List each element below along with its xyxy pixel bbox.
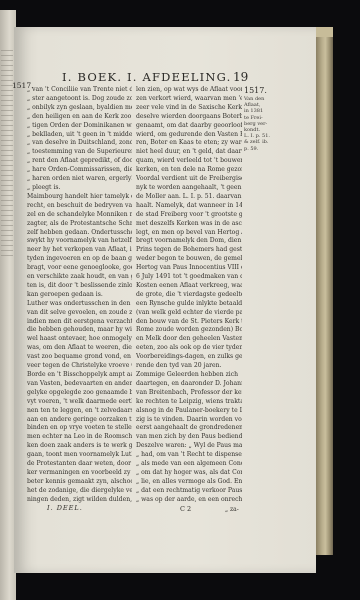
text-line: „ was op der aarde, en een onrechtma- [136, 496, 242, 505]
text-line: „ onbilyk zyn geslaan, byaldien men [27, 104, 132, 113]
text-line: die hebben gehouden, maar hy wierd [27, 326, 132, 335]
text-line: van Vasten, bedevaarten en andere dier- [27, 380, 132, 389]
text-line: swykt hy voornamelyk van hetzelf, wan- [27, 237, 132, 246]
margin-year-right: 1517. [244, 86, 267, 95]
text-line: „ beklladen, uit 't geen in 't midden [27, 131, 132, 140]
margin-note-line: p. 59. [244, 146, 272, 152]
text-column-left: „ van 't Conciliie van Trente niet dai-„… [27, 86, 132, 505]
text-line: Zommige Geleerden hebben zich [136, 371, 242, 380]
text-line: weder begon te bouwen, de gemelde [136, 255, 242, 264]
text-line: van men zich by den Paus bediende. [136, 433, 242, 442]
text-line: (van welk geld echter de vierde part tot [136, 309, 242, 318]
text-line: len zien, op wat wys de Aflaat voor de- [136, 86, 242, 95]
page-block-fore-edge [316, 27, 333, 555]
text-line: en Melk door den geheelen Vasten dorst [136, 335, 242, 344]
text-line: bragt, voor eene genoeglooke, goede, [27, 264, 132, 273]
text-line: binden en op vrye voeten te stellen. Dat [27, 424, 132, 433]
text-line: „ tigen Orden der Dominikanen wilde [27, 122, 132, 131]
text-line: Maimbourg handelt hier tamelyk op- [27, 193, 132, 202]
text-line: ten is, dit door 't beslissende zinloos [27, 282, 132, 291]
text-line: neer hy het verkopen van Aflaat, in late… [27, 246, 132, 255]
text-line: „ hare Orden-Commissarissen, die van [27, 166, 132, 175]
text-line: de stad Freiberg voor 't grootste gedeel… [136, 211, 242, 220]
text-line: „ haren orden niet waren, ergerlyk ge- [27, 175, 132, 184]
text-line: Rome zoude worden gezonden) Boter [136, 326, 242, 335]
text-line: Voorbereidings-dagen, en zulks gedu- [136, 353, 242, 362]
text-line: „ pleegt is. [27, 184, 132, 193]
page-block-corner [316, 27, 333, 37]
text-line: van Breitenbach, Professor der kerkely- [136, 389, 242, 398]
text-line: een Rynsche gulde inlykte betaalde, [136, 300, 242, 309]
text-line: recht, en beschuit de bedryven van Tet- [27, 202, 132, 211]
text-line: ren, Boter en Kaas te eten; zy waren [136, 139, 242, 148]
text-line: het de zodanige, die diergelyke vermaa- [27, 487, 132, 496]
text-line: veer tegen de Christelyke vroeve Gods, [27, 362, 132, 371]
text-line: genaamt, om dat daarby geoorloofd [136, 122, 242, 131]
text-line: ken doen zaak anders is te werk ge- [27, 442, 132, 451]
running-title: I. BOEK. I. AFDEELING. [62, 70, 231, 84]
text-line: met deszelfs Kerken was in de asche ge- [136, 220, 242, 229]
text-line: daartegen, en daaronder D. Johannes [136, 380, 242, 389]
text-line: „ rent den Aflaat gepredikt, of door [27, 157, 132, 166]
text-line: was, om den Aflaat te weeren, die [27, 344, 132, 353]
text-line: „ lie, en alles vermoge als God. En [136, 478, 242, 487]
text-line: eeten, zoo als ook op de vier tyden en [136, 344, 242, 353]
margin-note-line: & zelf. ib. [244, 139, 272, 145]
text-line: rende den tyd van 20 jaren. [136, 362, 242, 371]
text-line: ker vermaningen en voorbeeld zy zelve [27, 469, 132, 478]
text-line: zagter, als de Protestantsche Schryvers [27, 220, 132, 229]
text-line: eerst aangehaalt de grondredenen, waar- [136, 424, 242, 433]
text-line: „ den heiligen en aan de Kerk zoo nut- [27, 113, 132, 122]
text-line: Deszelve waren: „ Wyl de Paus macht [136, 442, 242, 451]
text-line: „ om dat hy hoger was, als dat Conci- [136, 469, 242, 478]
text-column-right: len zien, op wat wys de Aflaat voor de-z… [136, 86, 242, 505]
text-line: zeer vele vind in de Saxische Kerkhistor… [136, 104, 242, 113]
text-line: den bouw van de St. Pieters Kerk to [136, 318, 242, 327]
text-line: kerken, en ten dele na Rome gezonden. [136, 166, 242, 175]
text-line: de Moller aan. L. I. p. 51. daarvan ver- [136, 193, 242, 202]
text-line: gelyke opgelegde zoo genaamde boete, [27, 389, 132, 398]
text-line: beter kennis gemaakt zyn, alschoon [27, 478, 132, 487]
text-line: men echter na Leo in de Roomsche Ker- [27, 433, 132, 442]
text-line: vast zoo bequame grond vond, en hoe [27, 353, 132, 362]
text-line: van dit selve gevoelen, en zoude zich, [27, 309, 132, 318]
text-line: Hertog van Paus Innocentius VIII den [136, 264, 242, 273]
text-line: „ toestemming van de Superieuren, ove- [27, 148, 132, 157]
text-line: wierd, om gedurende den Vasten Eye- [136, 131, 242, 140]
margin-note: Van denAflaat,in 1381te Frei-berg ver-ko… [244, 96, 272, 152]
text-line: zig is te vinden. Daarin worden voor- [136, 416, 242, 425]
text-line: tyden ingevoeren en op de baan ge- [27, 255, 132, 264]
text-line: alsnog in de Paulaner-boekery te Leip- [136, 407, 242, 416]
text-line: de grote, die 't vierdagste gedeelte van [136, 291, 242, 300]
text-line: ke rechten te Leipzig, wiens traktaat [136, 398, 242, 407]
text-line: „ van 't Conciliie van Trente niet dai- [27, 86, 132, 95]
text-line: 6 July 1491 tot 't goedmaken van de [136, 273, 242, 282]
text-line: nen ten te leggen, en 't zelvedaarsvoor [27, 407, 132, 416]
text-line: gaan, toont men voornamelyk Luther en [27, 451, 132, 460]
text-line: haalt. Namelyk, dat wanneer in 1484 [136, 202, 242, 211]
text-line: legt, en men op bevel van Hertog Al- [136, 229, 242, 238]
text-line: wel haast ontevaer, hoe onmogelyk het [27, 335, 132, 344]
text-line: deselve wierden doorgaans Boterbrieven [136, 113, 242, 122]
text-line: „ ster aangetoont is. Dog zoude zoo [27, 95, 132, 104]
text-line: indien men dit eerstgena verzacht had, [27, 318, 132, 327]
text-line: Borde en 't Bisschoppelyk ampt aanloopt, [27, 371, 132, 380]
text-line: niet heel duur, en 't geld, dat daarvan [136, 148, 242, 157]
page-number: 19 [233, 70, 248, 84]
signature-line: I. DEEL. [47, 504, 83, 512]
text-line: zelf hebben gedaan. Ondertusschen [27, 229, 132, 238]
catchword: „ za- [225, 506, 239, 513]
text-line: zel en de schandelyke Monniken niet veel [27, 211, 132, 220]
text-line: en verschikte zaak houdt, en van gelach- [27, 273, 132, 282]
text-line: zen verkort wierd, waarvan men 'er [136, 95, 242, 104]
text-line: „ van deselve in Duitschland, zonder [27, 139, 132, 148]
text-line: Luther was ondertusschen in den beginne [27, 300, 132, 309]
text-line: „ als mede van een algemeen Concilie; [136, 460, 242, 469]
text-line: nyk te worden aangehaalt, 't geen And. [136, 184, 242, 193]
text-line: bregt voornamelyk den Dom, dien deze [136, 237, 242, 246]
text-line: „ had, om van 't Recht te dispenseren, [136, 451, 242, 460]
text-line: Prins tegen de Bohemers had gesticht, [136, 246, 242, 255]
gathering-signature: C 2 [180, 505, 191, 513]
text-line: vyt voeren, 't welk daarmede eertl ban- [27, 398, 132, 407]
text-line: aan en andere geringe oorzaken t' ont- [27, 416, 132, 425]
text-line: kan geroepen gedaan is. [27, 291, 132, 300]
text-line: „ dat een rechtmatig verkoor Paus God [136, 487, 242, 496]
text-line: quam, wierd verleeld tot 't bouwen van [136, 157, 242, 166]
text-line: de Protestanten daar weten, door wel- [27, 460, 132, 469]
text-line: Kosten eenen Aflaat verkreeg, waarby [136, 282, 242, 291]
text-line: Voordal verdient uit de Freibergische Kr… [136, 175, 242, 184]
